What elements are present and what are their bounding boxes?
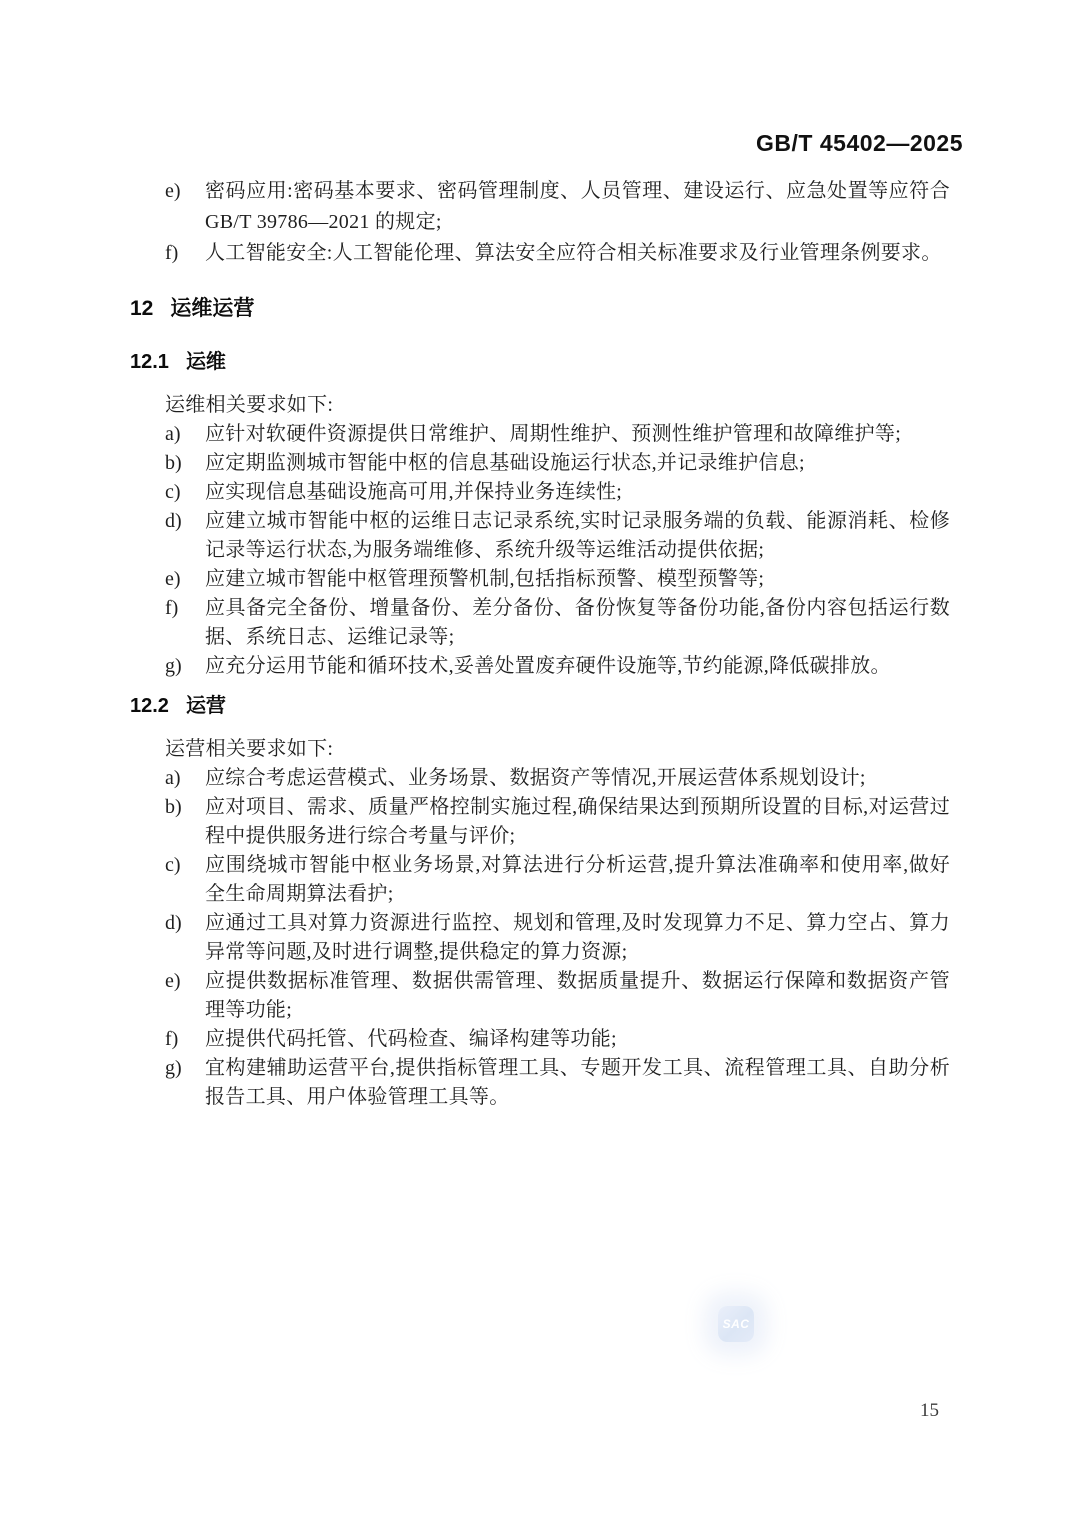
clause-item: f) 应提供代码托管、代码检查、编译构建等功能; bbox=[130, 1025, 950, 1054]
clause-label: d) bbox=[165, 507, 205, 565]
clause-label: c) bbox=[165, 478, 205, 507]
clause-label: g) bbox=[165, 652, 205, 681]
clause-label: b) bbox=[165, 449, 205, 478]
clause-text: 应充分运用节能和循环技术,妥善处置废弃硬件设施等,节约能源,降低碳排放。 bbox=[205, 652, 950, 681]
section-intro: 运维相关要求如下: bbox=[165, 391, 950, 420]
clause-item: f) 人工智能安全:人工智能伦理、算法安全应符合相关标准要求及行业管理条例要求。 bbox=[130, 238, 950, 269]
sac-watermark-text: SAC bbox=[723, 1317, 750, 1331]
page-number: 15 bbox=[920, 1400, 939, 1422]
clause-item: c) 应实现信息基础设施高可用,并保持业务连续性; bbox=[130, 478, 950, 507]
clause-text: 应实现信息基础设施高可用,并保持业务连续性; bbox=[205, 478, 950, 507]
page-content: e) 密码应用:密码基本要求、密码管理制度、人员管理、建设运行、应急处置等应符合… bbox=[130, 176, 950, 1112]
clause-item: c) 应围绕城市智能中枢业务场景,对算法进行分析运营,提升算法准确率和使用率,做… bbox=[130, 851, 950, 909]
clause-item: d) 应建立城市智能中枢的运维日志记录系统,实时记录服务端的负载、能源消耗、检修… bbox=[130, 507, 950, 565]
clause-item: a) 应综合考虑运营模式、业务场景、数据资产等情况,开展运营体系规划设计; bbox=[130, 764, 950, 793]
clause-text: 应提供代码托管、代码检查、编译构建等功能; bbox=[205, 1025, 950, 1054]
clause-label: e) bbox=[165, 176, 205, 238]
sac-watermark-logo: SAC bbox=[718, 1306, 754, 1342]
section-number: 12.1 bbox=[130, 349, 169, 375]
top-clause-list: e) 密码应用:密码基本要求、密码管理制度、人员管理、建设运行、应急处置等应符合… bbox=[130, 176, 950, 269]
section-number: 12.2 bbox=[130, 693, 169, 719]
clause-label: d) bbox=[165, 909, 205, 967]
document-page: GB/T 45402—2025 e) 密码应用:密码基本要求、密码管理制度、人员… bbox=[0, 0, 1080, 1528]
clause-text: 应对项目、需求、质量严格控制实施过程,确保结果达到预期所设置的目标,对运营过程中… bbox=[205, 793, 950, 851]
clause-text: 人工智能安全:人工智能伦理、算法安全应符合相关标准要求及行业管理条例要求。 bbox=[205, 238, 950, 269]
clause-item: a) 应针对软硬件资源提供日常维护、周期性维护、预测性维护管理和故障维护等; bbox=[130, 420, 950, 449]
clause-label: c) bbox=[165, 851, 205, 909]
clause-list-12-2: a) 应综合考虑运营模式、业务场景、数据资产等情况,开展运营体系规划设计; b)… bbox=[130, 764, 950, 1112]
clause-item: g) 宜构建辅助运营平台,提供指标管理工具、专题开发工具、流程管理工具、自助分析… bbox=[130, 1054, 950, 1112]
clause-item: e) 应建立城市智能中枢管理预警机制,包括指标预警、模型预警等; bbox=[130, 565, 950, 594]
clause-text: 应具备完全备份、增量备份、差分备份、备份恢复等备份功能,备份内容包括运行数据、系… bbox=[205, 594, 950, 652]
chapter-heading: 12 运维运营 bbox=[130, 296, 950, 322]
clause-label: f) bbox=[165, 238, 205, 269]
clause-item: f) 应具备完全备份、增量备份、差分备份、备份恢复等备份功能,备份内容包括运行数… bbox=[130, 594, 950, 652]
clause-label: f) bbox=[165, 594, 205, 652]
clause-text: 宜构建辅助运营平台,提供指标管理工具、专题开发工具、流程管理工具、自助分析报告工… bbox=[205, 1054, 950, 1112]
clause-text: 应针对软硬件资源提供日常维护、周期性维护、预测性维护管理和故障维护等; bbox=[205, 420, 950, 449]
clause-list-12-1: a) 应针对软硬件资源提供日常维护、周期性维护、预测性维护管理和故障维护等; b… bbox=[130, 420, 950, 681]
clause-text: 应通过工具对算力资源进行监控、规划和管理,及时发现算力不足、算力空占、算力异常等… bbox=[205, 909, 950, 967]
clause-text: 密码应用:密码基本要求、密码管理制度、人员管理、建设运行、应急处置等应符合 GB… bbox=[205, 176, 950, 238]
clause-label: e) bbox=[165, 565, 205, 594]
section-title: 运营 bbox=[186, 693, 226, 719]
clause-item: b) 应对项目、需求、质量严格控制实施过程,确保结果达到预期所设置的目标,对运营… bbox=[130, 793, 950, 851]
clause-label: g) bbox=[165, 1054, 205, 1112]
clause-label: f) bbox=[165, 1025, 205, 1054]
clause-text: 应提供数据标准管理、数据供需管理、数据质量提升、数据运行保障和数据资产管理等功能… bbox=[205, 967, 950, 1025]
clause-text: 应建立城市智能中枢的运维日志记录系统,实时记录服务端的负载、能源消耗、检修记录等… bbox=[205, 507, 950, 565]
clause-text: 应综合考虑运营模式、业务场景、数据资产等情况,开展运营体系规划设计; bbox=[205, 764, 950, 793]
clause-text: 应定期监测城市智能中枢的信息基础设施运行状态,并记录维护信息; bbox=[205, 449, 950, 478]
section-heading-12-2: 12.2 运营 bbox=[130, 693, 950, 719]
section-title: 运维 bbox=[186, 349, 226, 375]
clause-item: d) 应通过工具对算力资源进行监控、规划和管理,及时发现算力不足、算力空占、算力… bbox=[130, 909, 950, 967]
clause-text: 应围绕城市智能中枢业务场景,对算法进行分析运营,提升算法准确率和使用率,做好全生… bbox=[205, 851, 950, 909]
clause-text: 应建立城市智能中枢管理预警机制,包括指标预警、模型预警等; bbox=[205, 565, 950, 594]
chapter-number: 12 bbox=[130, 296, 153, 322]
doc-number: GB/T 45402—2025 bbox=[756, 130, 963, 157]
chapter-title: 运维运营 bbox=[170, 296, 254, 322]
clause-label: a) bbox=[165, 764, 205, 793]
clause-item: e) 密码应用:密码基本要求、密码管理制度、人员管理、建设运行、应急处置等应符合… bbox=[130, 176, 950, 238]
clause-item: e) 应提供数据标准管理、数据供需管理、数据质量提升、数据运行保障和数据资产管理… bbox=[130, 967, 950, 1025]
clause-label: b) bbox=[165, 793, 205, 851]
clause-item: g) 应充分运用节能和循环技术,妥善处置废弃硬件设施等,节约能源,降低碳排放。 bbox=[130, 652, 950, 681]
clause-item: b) 应定期监测城市智能中枢的信息基础设施运行状态,并记录维护信息; bbox=[130, 449, 950, 478]
clause-label: a) bbox=[165, 420, 205, 449]
section-intro: 运营相关要求如下: bbox=[165, 735, 950, 764]
clause-label: e) bbox=[165, 967, 205, 1025]
section-heading-12-1: 12.1 运维 bbox=[130, 349, 950, 375]
